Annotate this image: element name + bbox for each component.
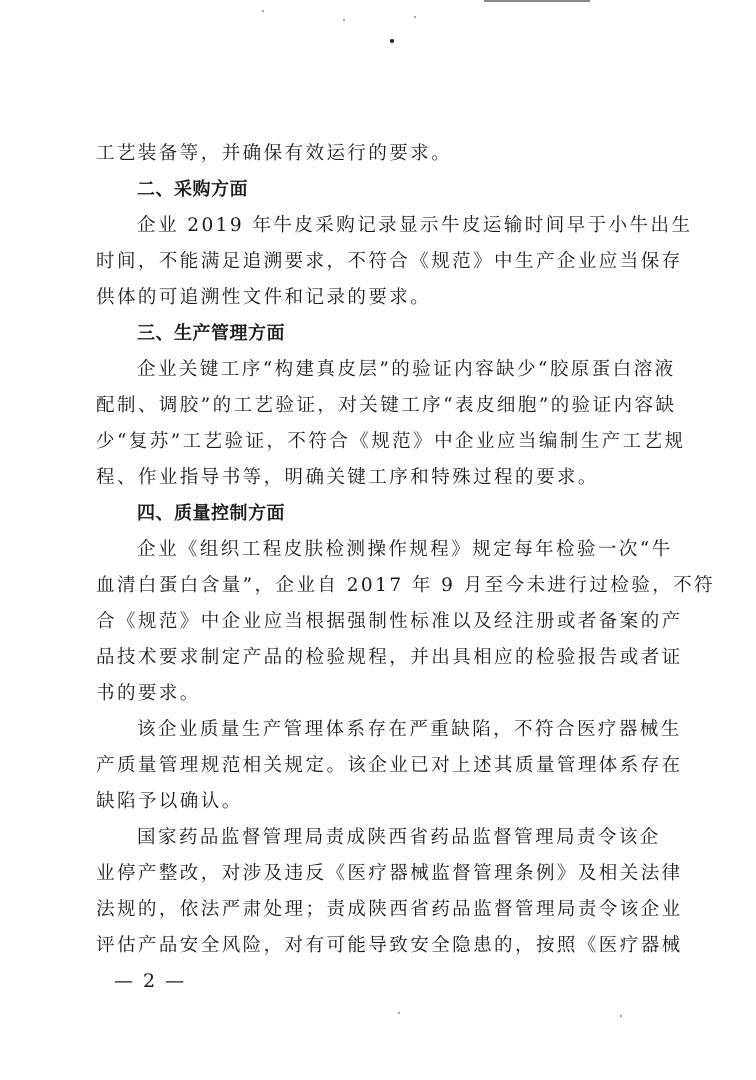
body-line: 配制、调胶”的工艺验证，对关键工序“表皮细胞”的验证内容缺 <box>96 388 664 424</box>
section-heading-quality-control: 四、质量控制方面 <box>96 496 664 532</box>
body-line: 少“复苏”工艺验证，不符合《规范》中企业应当编制生产工艺规 <box>96 424 664 460</box>
scan-speck <box>343 19 345 21</box>
body-line: 企业 2019 年牛皮采购记录显示牛皮运输时间早于小牛出生 <box>96 208 664 244</box>
page-number: — 2 — <box>114 970 186 992</box>
body-line: 工艺装备等，并确保有效运行的要求。 <box>96 136 664 172</box>
body-line: 企业《组织工程皮肤检测操作规程》规定每年检验一次“牛 <box>96 532 664 568</box>
scan-speck <box>620 1015 622 1017</box>
scan-speck <box>262 10 264 12</box>
body-line: 合《规范》中企业应当根据强制性标准以及经注册或者备案的产 <box>96 604 664 640</box>
body-line: 业停产整改，对涉及违反《医疗器械监督管理条例》及相关法律 <box>96 856 664 892</box>
scan-dot <box>390 39 394 43</box>
body-line: 品技术要求制定产品的检验规程，并出具相应的检验报告或者证 <box>96 640 664 676</box>
body-line: 时间，不能满足追溯要求，不符合《规范》中生产企业应当保存 <box>96 244 664 280</box>
scan-top-rule <box>484 0 590 2</box>
body-line: 评估产品安全风险，对有可能导致安全隐患的，按照《医疗器械 <box>96 928 664 964</box>
body-line: 产质量管理规范相关规定。该企业已对上述其质量管理体系存在 <box>96 748 664 784</box>
body-line: 该企业质量生产管理体系存在严重缺陷，不符合医疗器械生 <box>96 712 664 748</box>
document-page: 工艺装备等，并确保有效运行的要求。 二、采购方面 企业 2019 年牛皮采购记录… <box>96 136 664 964</box>
body-line: 缺陷予以确认。 <box>96 784 664 820</box>
body-line: 书的要求。 <box>96 676 664 712</box>
section-heading-procurement: 二、采购方面 <box>96 172 664 208</box>
body-line: 企业关键工序“构建真皮层”的验证内容缺少“胶原蛋白溶液 <box>96 352 664 388</box>
body-line: 国家药品监督管理局责成陕西省药品监督管理局责令该企 <box>96 820 664 856</box>
body-line: 法规的，依法严肃处理；责成陕西省药品监督管理局责令该企业 <box>96 892 664 928</box>
section-heading-production-management: 三、生产管理方面 <box>96 316 664 352</box>
body-line: 程、作业指导书等，明确关键工序和特殊过程的要求。 <box>96 460 664 496</box>
body-line: 血清白蛋白含量”，企业自 2017 年 9 月至今未进行过检验，不符 <box>96 568 664 604</box>
body-line: 供体的可追溯性文件和记录的要求。 <box>96 280 664 316</box>
scan-speck <box>398 1012 400 1014</box>
scan-speck <box>414 16 416 18</box>
